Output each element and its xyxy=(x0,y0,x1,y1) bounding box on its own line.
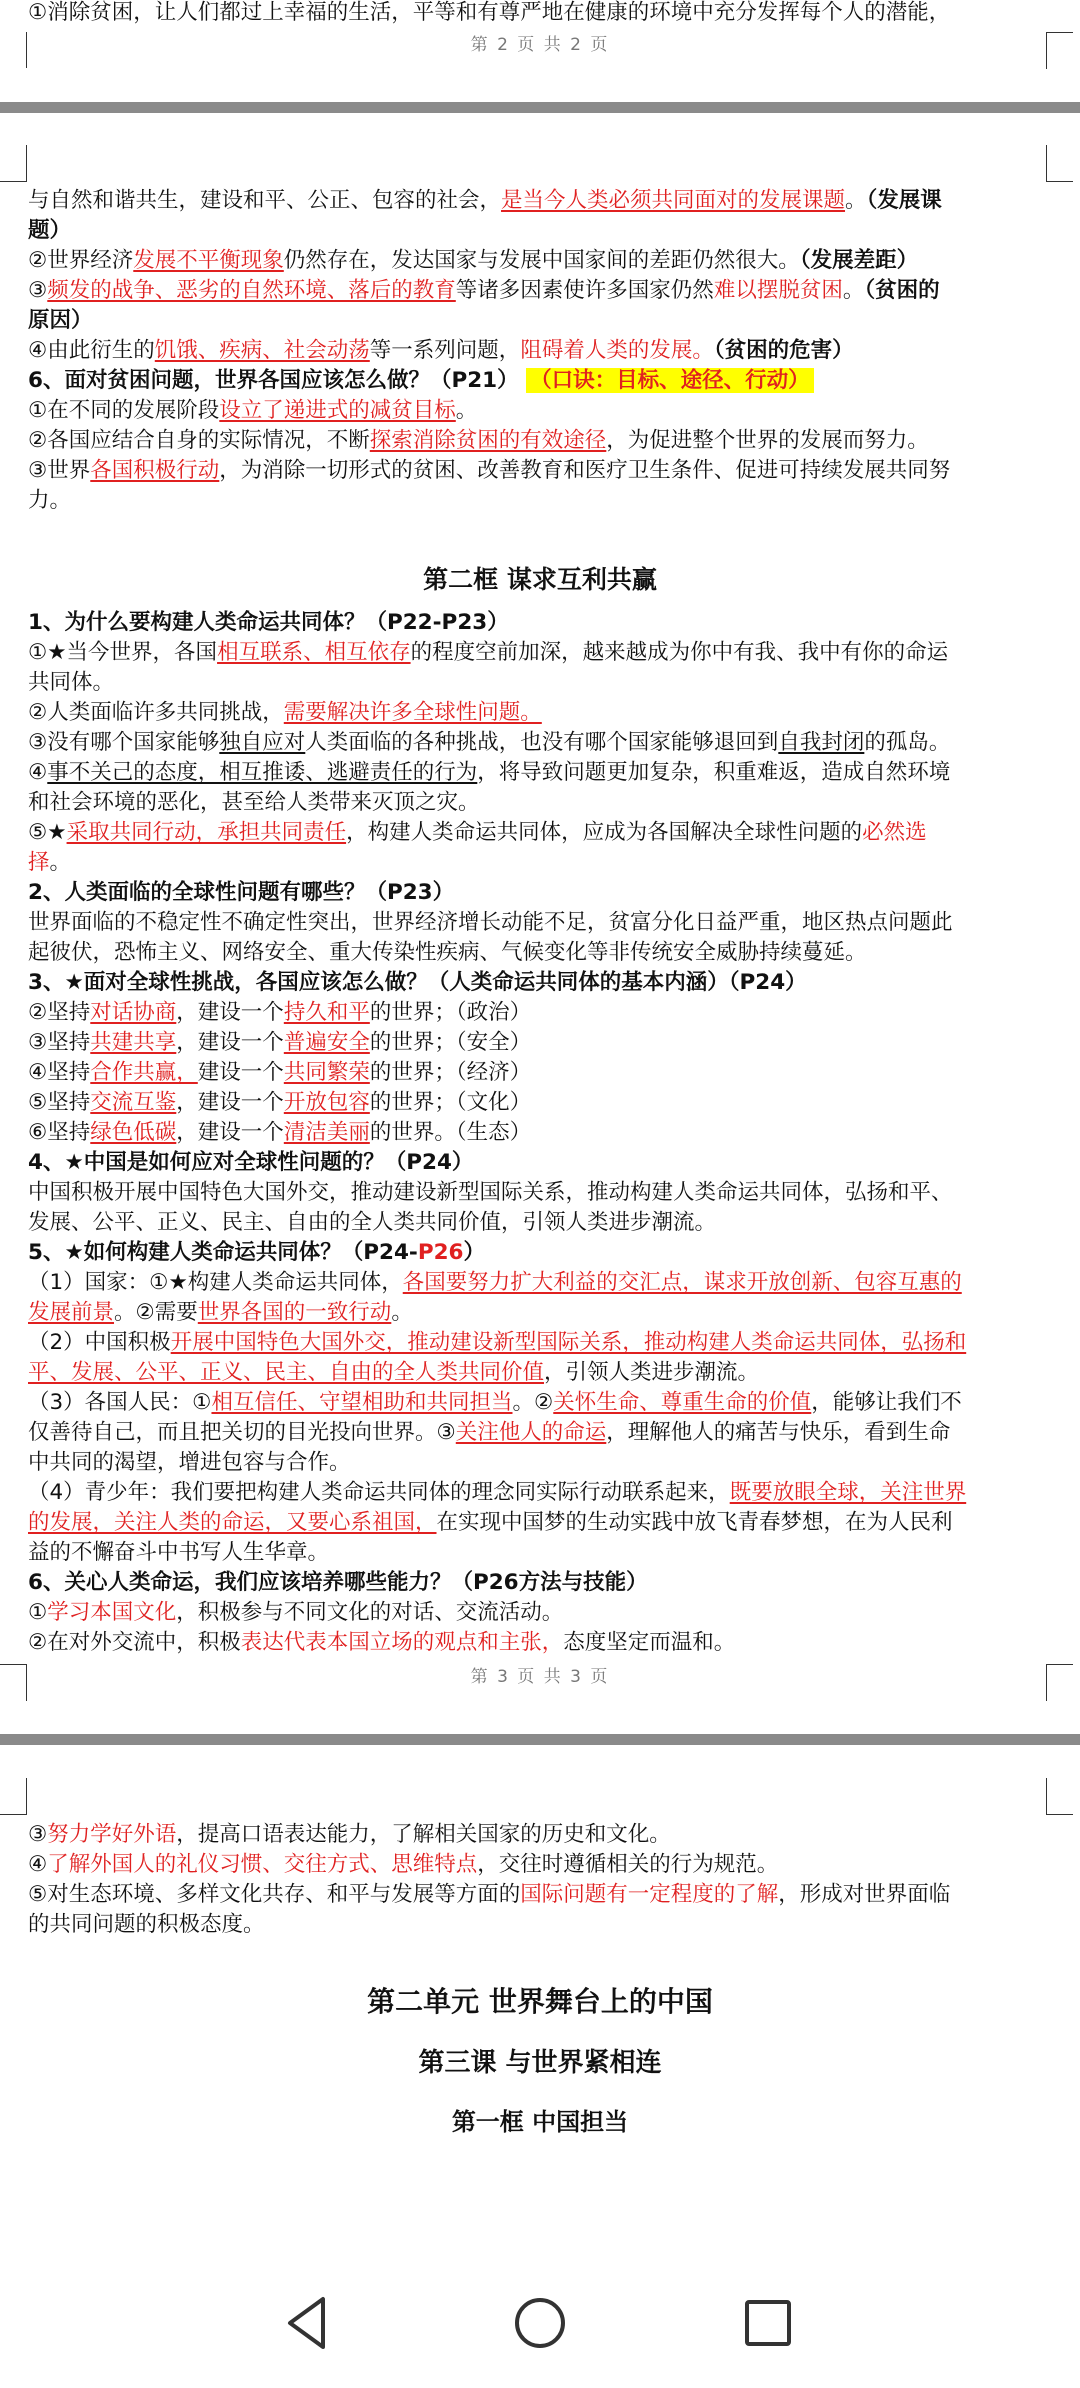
text: 等诸多因素使许多国家仍然 xyxy=(456,278,714,303)
text: ，理解他人的痛苦与快乐，看到生命 xyxy=(606,1420,950,1445)
paragraph-line: 益的不懈奋斗中书写人生华章。 xyxy=(28,1538,1058,1568)
underlined-phrase: 独自应对 xyxy=(219,730,305,755)
text: ②人类面临许多共同挑战， xyxy=(28,700,284,725)
key-phrase: 设立了递进式的减贫目标 xyxy=(219,398,456,423)
text: ，形成对世界面临 xyxy=(778,1882,950,1907)
question-heading: 2、人类面临的全球性问题有哪些？（P23） xyxy=(28,878,1058,908)
paragraph-line: （4）青少年：我们要把构建人类命运共同体的理念同实际行动联系起来，既要放眼全球，… xyxy=(28,1478,1058,1508)
key-phrase: 发展前景 xyxy=(28,1300,114,1325)
text: 与自然和谐共生，建设和平、公正、包容的社会， xyxy=(28,188,501,213)
text: ③ xyxy=(28,1822,47,1847)
text: 人类面临的各种挑战，也没有哪个国家能够退回到 xyxy=(305,730,778,755)
text: ①★当今世界，各国 xyxy=(28,640,217,665)
system-navigation-bar xyxy=(0,2270,1080,2388)
key-phrase: 交流互鉴 xyxy=(90,1090,176,1115)
paragraph-line: 中共同的渴望，增进包容与合作。 xyxy=(28,1448,1058,1478)
question-text: 5、★如何构建人类命运共同体？（P24- xyxy=(28,1240,418,1265)
text: 的世界。（生态） xyxy=(370,1120,531,1145)
list-item: 的共同问题的积极态度。 xyxy=(28,1910,1058,1940)
text: 态度坚定而温和。 xyxy=(563,1630,735,1655)
paragraph-line: ④由此衍生的饥饿、疾病、社会动荡等一系列问题，阻碍着人类的发展。（贫困的危害） xyxy=(28,336,1058,366)
list-item: ③努力学好外语，提高口语表达能力，了解相关国家的历史和文化。 xyxy=(28,1820,1058,1850)
paragraph-line: 起彼伏，恐怖主义、网络安全、重大传染性疾病、气候变化等非传统安全威胁持续蔓延。 xyxy=(28,938,1058,968)
text: 的世界；（文化） xyxy=(370,1090,531,1115)
text: 的世界；（安全） xyxy=(370,1030,531,1055)
text: （2）中国积极 xyxy=(28,1330,171,1355)
text: 。 xyxy=(50,850,72,875)
list-item: ②各国应结合自身的实际情况，不断探索消除贫困的有效途径，为促进整个世界的发展而努… xyxy=(28,426,1058,456)
lesson-title: 第三课 与世界紧相连 xyxy=(0,2042,1080,2079)
back-button[interactable] xyxy=(272,2288,342,2358)
text: ③世界 xyxy=(28,458,90,483)
key-phrase: 的发展，关注人类的命运，又要心系祖国， xyxy=(28,1510,437,1535)
key-phrase: 需要解决许多全球性问题。 xyxy=(284,700,542,725)
question-text: 6、面对贫困问题，世界各国应该怎么做？（P21） xyxy=(28,368,519,393)
text: ①在不同的发展阶段 xyxy=(28,398,219,423)
list-item: 择。 xyxy=(28,848,1058,878)
text: ④ xyxy=(28,1852,47,1877)
text: ，能够让我们不 xyxy=(811,1390,962,1415)
text: ②在对外交流中，积极 xyxy=(28,1630,241,1655)
text: ⑥坚持 xyxy=(28,1120,90,1145)
list-item: ③没有哪个国家能够独自应对人类面临的各种挑战，也没有哪个国家能够退回到自我封闭的… xyxy=(28,728,1058,758)
key-phrase: 饥饿、疾病、社会动荡 xyxy=(155,338,370,363)
key-phrase: 阻碍着人类的发展。 xyxy=(520,338,714,363)
annotation: （贫困的 xyxy=(864,278,939,303)
key-phrase: 频发的战争、恶劣的自然环境、落后的教育 xyxy=(47,278,456,303)
underlined-phrase: 自我封闭 xyxy=(778,730,864,755)
key-phrase: 择 xyxy=(28,850,50,875)
crop-mark xyxy=(1046,145,1073,182)
list-item: ①在不同的发展阶段设立了递进式的减贫目标。 xyxy=(28,396,1058,426)
paragraph-line: （3）各国人民：①相互信任、守望相助和共同担当。②关怀生命、尊重生命的价值，能够… xyxy=(28,1388,1058,1418)
key-phrase: 各国要努力扩大利益的交汇点，谋求开放创新、包容互惠的 xyxy=(403,1270,962,1295)
text: 。 xyxy=(391,1300,413,1325)
text: 。②需要 xyxy=(114,1300,198,1325)
key-phrase: 开展中国特色大国外交，推动建设新型国际关系，推动构建人类命运共同体，弘扬和 xyxy=(171,1330,967,1355)
text: 等一系列问题， xyxy=(370,338,521,363)
text: 建设一个 xyxy=(198,1060,284,1085)
key-phrase: 平、发展、公平、正义、民主、自由的全人类共同价值 xyxy=(28,1360,544,1385)
key-phrase: 关注他人的命运 xyxy=(456,1420,607,1445)
list-item: ①学习本国文化，积极参与不同文化的对话、交流活动。 xyxy=(28,1598,1058,1628)
list-item: ④了解外国人的礼仪习惯、交往方式、思维特点，交往时遵循相关的行为规范。 xyxy=(28,1850,1058,1880)
text: ，交往时遵循相关的行为规范。 xyxy=(477,1852,778,1877)
annotation: （贫困的危害） xyxy=(714,338,854,363)
text: 。 xyxy=(843,278,865,303)
text: ，建设一个 xyxy=(176,1120,284,1145)
text: 。② xyxy=(512,1390,553,1415)
key-phrase: 发展不平衡现象 xyxy=(133,248,284,273)
key-phrase: 共建共享 xyxy=(90,1030,176,1055)
text: 的世界；（政治） xyxy=(370,1000,531,1025)
question-heading: 6、关心人类命运，我们应该培养哪些能力？（P26方法与技能） xyxy=(28,1568,1058,1598)
paragraph-line: 题） xyxy=(28,216,1058,246)
key-phrase: 开放包容 xyxy=(284,1090,370,1115)
text: ⑤坚持 xyxy=(28,1090,90,1115)
text: ⑤对生态环境、多样文化共存、和平与发展等方面的 xyxy=(28,1882,520,1907)
list-item: ②坚持对话协商，建设一个持久和平的世界；（政治） xyxy=(28,998,1058,1028)
text: ，提高口语表达能力，了解相关国家的历史和文化。 xyxy=(176,1822,671,1847)
key-phrase: 是当今人类必须共同面对的发展课题 xyxy=(501,188,845,213)
list-item: ②人类面临许多共同挑战，需要解决许多全球性问题。 xyxy=(28,698,1058,728)
text: ① xyxy=(28,1600,47,1625)
text: ，引领人类进步潮流。 xyxy=(544,1360,759,1385)
list-item: 力。 xyxy=(28,486,1058,516)
text: ，为促进整个世界的发展而努力。 xyxy=(606,428,929,453)
crop-mark xyxy=(0,145,27,182)
annotation: （发展课 xyxy=(867,188,942,213)
list-item: ⑤坚持交流互鉴，建设一个开放包容的世界；（文化） xyxy=(28,1088,1058,1118)
key-phrase: 清洁美丽 xyxy=(284,1120,370,1145)
list-item: 和社会环境的恶化，甚至给人类带来灭顶之灾。 xyxy=(28,788,1058,818)
list-item: ④坚持合作共赢，建设一个共同繁荣的世界；（经济） xyxy=(28,1058,1058,1088)
key-phrase: 绿色低碳 xyxy=(90,1120,176,1145)
page-footer: 第 2 页 共 2 页 xyxy=(0,30,1080,55)
home-button[interactable] xyxy=(505,2288,575,2358)
paragraph-line: 平、发展、公平、正义、民主、自由的全人类共同价值，引领人类进步潮流。 xyxy=(28,1358,1058,1388)
question-heading: 3、★面对全球性挑战，各国应该怎么做？（人类命运共同体的基本内涵）（P24） xyxy=(28,968,1058,998)
text: ②世界经济 xyxy=(28,248,133,273)
question-heading: 1、为什么要构建人类命运共同体？（P22-P23） xyxy=(28,608,1058,638)
text: ，将导致问题更加复杂，积重难返，造成自然环境 xyxy=(477,760,950,785)
list-item: 共同体。 xyxy=(28,668,1058,698)
text: ，建设一个 xyxy=(176,1000,284,1025)
question-heading: 5、★如何构建人类命运共同体？（P24-P26） xyxy=(28,1238,1058,1268)
page-2-tail: ①消除贫困，让人们都过上幸福的生活，平等和有尊严地在健康的环境中充分发挥每个人的… xyxy=(0,0,1080,100)
mnemonic-highlight: （口诀：目标、途径、行动） xyxy=(526,368,814,393)
paragraph-line: 与自然和谐共生，建设和平、公正、包容的社会，是当今人类必须共同面对的发展课题。（… xyxy=(28,186,1058,216)
list-item: ②在对外交流中，积极表达代表本国立场的观点和主张，态度坚定而温和。 xyxy=(28,1628,1058,1658)
crop-mark xyxy=(0,1778,27,1815)
text: ，为消除一切形式的贫困、改善教育和医疗卫生条件、促进可持续发展共同努 xyxy=(219,458,950,483)
key-phrase: 各国积极行动 xyxy=(90,458,219,483)
list-item: ③世界各国积极行动，为消除一切形式的贫困、改善教育和医疗卫生条件、促进可持续发展… xyxy=(28,456,1058,486)
key-phrase: 合作共赢， xyxy=(90,1060,198,1085)
paragraph-line: （2）中国积极开展中国特色大国外交，推动建设新型国际关系，推动构建人类命运共同体… xyxy=(28,1328,1058,1358)
home-circle-icon xyxy=(513,2296,567,2350)
key-phrase: 了解外国人的礼仪习惯、交往方式、思维特点 xyxy=(47,1852,477,1877)
key-phrase: 普遍安全 xyxy=(284,1030,370,1055)
text: （1）国家：①★构建人类命运共同体， xyxy=(28,1270,403,1295)
paragraph-line: ②世界经济发展不平衡现象仍然存在，发达国家与发展中国家间的差距仍然很大。（发展差… xyxy=(28,246,1058,276)
text: 的程度空前加深，越来越成为你中有我、我中有你的命运 xyxy=(411,640,949,665)
text: （4）青少年：我们要把构建人类命运共同体的理念同实际行动联系起来， xyxy=(28,1480,730,1505)
key-phrase: 关怀生命、尊重生命的价值 xyxy=(553,1390,811,1415)
question-text: ） xyxy=(464,1240,486,1265)
text: 的世界；（经济） xyxy=(370,1060,531,1085)
frame-title: 第一框 中国担当 xyxy=(0,2102,1080,2137)
text: 在实现中国梦的生动实践中放飞青春梦想，在为人民利 xyxy=(437,1510,953,1535)
page-separator xyxy=(0,102,1080,113)
page-separator xyxy=(0,1734,1080,1745)
text: ②各国应结合自身的实际情况，不断 xyxy=(28,428,370,453)
section-title: 第二框 谋求互利共赢 xyxy=(0,560,1080,596)
paragraph-line: 的发展，关注人类的命运，又要心系祖国，在实现中国梦的生动实践中放飞青春梦想，在为… xyxy=(28,1508,1058,1538)
text: 的孤岛。 xyxy=(864,730,950,755)
text: （3）各国人民：① xyxy=(28,1390,211,1415)
text: ④ xyxy=(28,760,47,785)
key-phrase: 表达代表本国立场的观点和主张， xyxy=(241,1630,564,1655)
key-phrase: 采取共同行动，承担共同责任 xyxy=(67,820,347,845)
paragraph-line: 原因） xyxy=(28,306,1058,336)
key-phrase: 对话协商 xyxy=(90,1000,176,1025)
paragraph-line: 中国积极开展中国特色大国外交，推动建设新型国际关系，推动构建人类命运共同体，弘扬… xyxy=(28,1178,1058,1208)
paragraph-line: 世界面临的不稳定性不确定性突出，世界经济增长动能不足，贫富分化日益严重，地区热点… xyxy=(28,908,1058,938)
key-phrase: 探索消除贫困的有效途径 xyxy=(370,428,607,453)
text: ⑤★ xyxy=(28,820,67,845)
text: 。 xyxy=(845,188,867,213)
list-item: ④事不关己的态度，相互推诿、逃避责任的行为，将导致问题更加复杂，积重难返，造成自… xyxy=(28,758,1058,788)
key-phrase: 世界各国的一致行动 xyxy=(198,1300,392,1325)
key-phrase: 国际问题有一定程度的了解 xyxy=(520,1882,778,1907)
key-phrase: 持久和平 xyxy=(284,1000,370,1025)
text: ②坚持 xyxy=(28,1000,90,1025)
key-phrase: 努力学好外语 xyxy=(47,1822,176,1847)
list-item: ③坚持共建共享，建设一个普遍安全的世界；（安全） xyxy=(28,1028,1058,1058)
underlined-phrase: 事不关己的态度，相互推诿、逃避责任的行为 xyxy=(47,760,477,785)
paragraph-line: （1）国家：①★构建人类命运共同体，各国要努力扩大利益的交汇点，谋求开放创新、包… xyxy=(28,1268,1058,1298)
recents-button[interactable] xyxy=(733,2288,803,2358)
question-heading: 4、★中国是如何应对全球性问题的？（P24） xyxy=(28,1148,1058,1178)
key-phrase: 既要放眼全球，关注世界 xyxy=(730,1480,967,1505)
question-heading: 6、面对贫困问题，世界各国应该怎么做？（P21） （口诀：目标、途径、行动） xyxy=(28,366,1058,396)
key-phrase: 难以摆脱贫困 xyxy=(714,278,843,303)
key-phrase: 相互联系、相互依存 xyxy=(217,640,411,665)
paragraph-line: 发展、公平、正义、民主、自由的全人类共同价值，引领人类进步潮流。 xyxy=(28,1208,1058,1238)
text: ③坚持 xyxy=(28,1030,90,1055)
text: ，构建人类命运共同体，应成为各国解决全球性问题的 xyxy=(346,820,862,845)
text: ，建设一个 xyxy=(176,1090,284,1115)
text: ③ xyxy=(28,278,47,303)
paragraph-line: ③频发的战争、恶劣的自然环境、落后的教育等诸多因素使许多国家仍然难以摆脱贫困。（… xyxy=(28,276,1058,306)
text: 。 xyxy=(456,398,478,423)
text: ③没有哪个国家能够 xyxy=(28,730,219,755)
paragraph-line: 发展前景。②需要世界各国的一致行动。 xyxy=(28,1298,1058,1328)
text: ④坚持 xyxy=(28,1060,90,1085)
key-phrase: 学习本国文化 xyxy=(47,1600,176,1625)
list-item: ⑤对生态环境、多样文化共存、和平与发展等方面的国际问题有一定程度的了解，形成对世… xyxy=(28,1880,1058,1910)
key-phrase: 共同繁荣 xyxy=(284,1060,370,1085)
unit-title: 第二单元 世界舞台上的中国 xyxy=(0,1980,1080,2020)
text: 仅善待自己，而且把关切的目光投向世界。③ xyxy=(28,1420,456,1445)
list-item: ①★当今世界，各国相互联系、相互依存的程度空前加深，越来越成为你中有我、我中有你… xyxy=(28,638,1058,668)
recents-square-icon xyxy=(743,2298,793,2348)
key-phrase: 必然选 xyxy=(862,820,927,845)
paragraph-line: 仅善待自己，而且把关切的目光投向世界。③关注他人的命运，理解他人的痛苦与快乐，看… xyxy=(28,1418,1058,1448)
text: 仍然存在，发达国家与发展中国家间的差距仍然很大。 xyxy=(284,248,800,273)
list-item: ⑤★采取共同行动，承担共同责任，构建人类命运共同体，应成为各国解决全球性问题的必… xyxy=(28,818,1058,848)
crop-mark xyxy=(1046,1778,1073,1815)
back-triangle-icon xyxy=(285,2296,329,2350)
text: ，积极参与不同文化的对话、交流活动。 xyxy=(176,1600,563,1625)
text-line: ①消除贫困，让人们都过上幸福的生活，平等和有尊严地在健康的环境中充分发挥每个人的… xyxy=(28,0,1058,28)
text: ④由此衍生的 xyxy=(28,338,155,363)
page-footer: 第 3 页 共 3 页 xyxy=(0,1662,1080,1687)
annotation: （发展差距） xyxy=(800,248,918,273)
key-phrase: 相互信任、守望相助和共同担当 xyxy=(211,1390,512,1415)
page-ref: P26 xyxy=(418,1240,464,1265)
list-item: ⑥坚持绿色低碳，建设一个清洁美丽的世界。（生态） xyxy=(28,1118,1058,1148)
text: ，建设一个 xyxy=(176,1030,284,1055)
